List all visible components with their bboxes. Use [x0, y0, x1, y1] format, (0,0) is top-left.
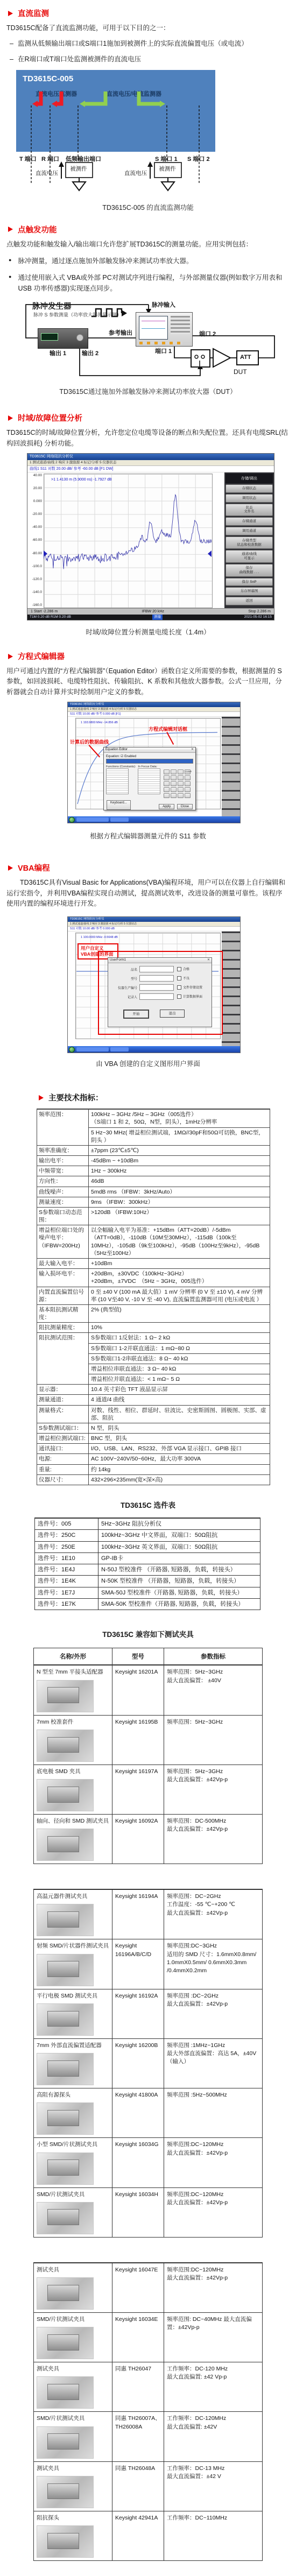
fixture-params: 频率范围:DC~3GHz 适用的 SMD 尺寸：1.6mmX0.8mm/ 1.0…: [164, 1939, 262, 1988]
option-code: 选件号：1E4K: [35, 1576, 98, 1586]
softmenu-button[interactable]: 调用通道: [225, 527, 273, 535]
fixture-model: Keysight 41800A: [112, 2088, 164, 2137]
y-axis-tick: -160.0: [27, 603, 42, 607]
dc-voltage-label: 直流电压: [36, 169, 58, 177]
fixture-name-cell: 测试夹具: [34, 2263, 112, 2312]
y-axis-tick: -100.0: [27, 564, 42, 568]
keypad-key[interactable]: [164, 770, 170, 774]
field-label: 记录人: [114, 994, 137, 999]
header-model: 型号: [112, 1648, 164, 1664]
fixture-photo: [37, 2053, 94, 2085]
pulse-generator-instrument: [38, 328, 88, 349]
vba-caption: 由 VBA 创建的自定义图形用户界面: [0, 1058, 296, 1068]
windows-taskbar: [68, 1046, 240, 1053]
port2-label: 端口 2: [199, 329, 216, 338]
spec-row: 重量: 约 14kg: [37, 1464, 270, 1474]
keyboard-button[interactable]: Keyboard...: [107, 800, 131, 810]
option-row: 选件号：1E7K SMA-50K 型校准件（开路器, 短路器，负载，转接头）: [35, 1598, 260, 1610]
fixture-name-cell: SMD/片状测试夹具: [34, 2188, 112, 2237]
softmenu-button[interactable]: 另存屏幕图: [225, 587, 273, 596]
vba-userform-dialog: UserForm1 ✕ 品名 型号 仪器生产编号 记录人 合格 不良 文件存储设…: [108, 957, 212, 1027]
equation-label: Equation:: [106, 755, 119, 758]
option-desc: N-50J 型校准件 （开路器, 短路器，负载，转接头）: [98, 1564, 260, 1575]
fixture-model: Keysight 16196A/B/C/D: [112, 1939, 164, 1988]
spec-label: 增益相位测试端口:: [37, 1434, 89, 1443]
tdr-intro: TD3615C的时域/故障位置分析，允许您定位电缆等设备的断点和失配位置。还具有…: [6, 428, 288, 449]
equation-keypad: CLEAR: [164, 770, 191, 798]
fixture-row: 测试夹具 同惠 TH26048A 工作频率：DC-13 MHz 最大直流偏置：±…: [34, 2461, 262, 2511]
pulse-trigger-diagram: 脉冲发生器 脉冲 S 参数测量（功率放大器测量示例） 脉冲输入 参考输出 端口 …: [22, 300, 293, 382]
screen-titlebar: TD3615C 网络阻抗分析仪: [68, 702, 240, 707]
fixture-params: 频率范围 :DC~2GHz 最大直流偏置：±42Vp-p: [164, 1989, 262, 2038]
fixture-row: 高温元器件测试夹具 Keysight 16194A 频率范围：DC~2GHz 工…: [34, 1889, 262, 1939]
equation-input[interactable]: [106, 759, 193, 764]
header-name: 名称/外形: [34, 1648, 112, 1664]
keypad-key[interactable]: [164, 781, 170, 786]
screen-titlebar: TD3615C 网络阻抗分析仪: [68, 917, 240, 922]
fixture-photo: [37, 1954, 94, 1986]
spec-label: 基本阻抗测试精度：: [37, 1305, 89, 1322]
output2-label: 输出 2: [82, 349, 98, 357]
checkbox-label: 合格: [183, 966, 189, 971]
softmenu-button[interactable]: 返回: [225, 597, 273, 605]
field-label: 仪器生产编号: [114, 985, 137, 990]
ref-output-label: 参考输出: [109, 328, 132, 337]
port-label-s1: S 端口 1: [155, 154, 178, 163]
spec-row: 测量通道： 4 通道/4 曲线: [37, 1394, 270, 1405]
section-arrow-icon: [8, 227, 13, 232]
checkbox-icon[interactable]: [177, 976, 181, 980]
fixture-name-cell: 射频 SMD/片状器件测试夹具: [34, 1939, 112, 1988]
spec-label: 通讯接口:: [37, 1444, 89, 1453]
trigger-bullet-list: 脉冲测量，通过逐点施加外部触发脉冲来测试功率放大器。通过使用嵌入式 VBA或外部…: [0, 256, 296, 294]
dialog-titlebar: Equation Editor ✕: [104, 747, 195, 753]
spec-label: S参数测试端口：: [37, 1423, 89, 1433]
option-code: 选件号：005: [35, 1519, 98, 1529]
trigger-bullet: 通过使用嵌入式 VBA或外部 PC对测试序列进行编程，与外部测量仪器(例如数字万…: [9, 272, 287, 294]
checkbox-icon[interactable]: [177, 994, 181, 999]
spec-row: 基本阻抗测试精度： 2% (典型值): [37, 1304, 270, 1322]
spec-label: S参数端口动态范围：: [37, 1208, 89, 1225]
option-code: 选件号：250C: [35, 1530, 98, 1541]
fixture-params: 频率范围：5Hz~3GHz 最大直流偏置： ±40V: [164, 1665, 262, 1714]
spec-row: S参数端口动态范围： >120dB （IFBW:10Hz）: [37, 1207, 270, 1225]
fixtures-table-3: 测试夹具 Keysight 16047E 频率范围:DC~120MHz 最大直流…: [33, 2262, 263, 2561]
section-equation-editor: 方程式编辑器: [0, 651, 296, 662]
spec-value: 5mdB rms （IFBW：3kHz/Auto）: [89, 1187, 270, 1197]
spec-row: 增益相位端口处的噪声电平： （IFBW=200Hz) 以全幅输入电平为基准：+1…: [37, 1225, 270, 1258]
spec-row: 输出电平： -45dBm ~ +10dBm: [37, 1155, 270, 1166]
spec-row: 阻抗测量精度： 10%: [37, 1322, 270, 1332]
status-datetime: 2021-05-02 16:15: [244, 615, 272, 620]
section-arrow-icon: [8, 654, 13, 659]
option-code: 选件号：1E7K: [35, 1599, 98, 1610]
checkbox-label: 不良: [183, 976, 189, 980]
option-row: 选件号：250C 100kHz~3GHz 中文界面，双端口：50Ω阻抗: [35, 1529, 260, 1541]
fixture-params: 工作频率：DC-120MHz 最大直流偏置: ±42V: [164, 2412, 262, 2461]
fixture-row: 阻抗探头 Keysight 42941A 工作频率：DC~110MHz: [34, 2511, 262, 2560]
fixture-name-cell: 平行电极 SMD 测试夹具: [34, 1989, 112, 2038]
spec-label: 电源:: [37, 1454, 89, 1464]
fixtures-title: TD3615C 兼容如下测试夹具: [0, 1628, 296, 1639]
spec-row: 曲线噪声： 5mdB rms （IFBW：3kHz/Auto）: [37, 1187, 270, 1197]
spec-row: 测量速度： 9ms （IFBW：300kHz）: [37, 1197, 270, 1207]
fixture-model: Keysight 16047E: [112, 2263, 164, 2312]
specs-table: 频率范围： 100kHz – 3GHz /5Hz – 3GHz（005选件） （…: [37, 1109, 270, 1485]
fixture-model: 同惠 TH26048A: [112, 2462, 164, 2511]
spec-row: 频率准确度： ±7ppm (23℃±5℃): [37, 1145, 270, 1155]
tdr-caption: 时域/故障位置分析测量电缆长度（1.4m）: [0, 627, 296, 637]
spec-value: ±7ppm (23℃±5℃): [89, 1146, 270, 1155]
section-title: 方程式编辑器: [18, 651, 65, 662]
option-desc: GP-IB卡: [98, 1553, 260, 1564]
y-axis-tick: -140.0: [27, 590, 42, 594]
fixture-photo: [37, 2152, 94, 2185]
keypad-key[interactable]: [178, 770, 184, 774]
option-code: 选件号：1E7J: [35, 1587, 98, 1598]
fixture-photo: [37, 2327, 94, 2359]
quit-button[interactable]: 退出: [160, 1010, 185, 1018]
eq-caption: 根据方程式编辑器测量元件的 S11 参数: [0, 831, 296, 841]
spec-label: 重量:: [37, 1465, 89, 1474]
screen-titlebar: TD3615C 网络阻抗分析仪: [27, 454, 274, 460]
spec-label: 中频带宽：: [37, 1166, 89, 1176]
header-params: 参数指标: [164, 1648, 262, 1664]
fixture-name-cell: 底电极 SMD 夹具: [34, 1765, 112, 1814]
y-axis-tick: 40.00: [27, 474, 42, 477]
spec-label: 方向性：: [37, 1176, 89, 1186]
keypad-key[interactable]: [178, 793, 184, 798]
trace-info: S11 对数 10.00 dB/ 参考 0.000 dB [F1]: [68, 712, 240, 717]
dc-diagram-graphics: [16, 70, 237, 198]
fixtures-table-1: 名称/外形 型号 参数指标 N 型至 7mm 平接头适配器 Keysight 1…: [33, 1648, 263, 1864]
screen-menubar[interactable]: 1 测试通道/曲线 2 响应 3 激励源 4 标记/分析 5 仪器状态: [27, 460, 274, 466]
fixture-params: 频率范围：DC-500MHz 最大直流偏置：±42Vp-p: [164, 1815, 262, 1864]
taskbar-item[interactable]: [110, 817, 129, 822]
fixture-params: 频率范围:DC~120MHz 最大直流偏置：±42Vp-p: [164, 2263, 262, 2312]
fixture-photo: [37, 1730, 94, 1762]
checkbox-icon[interactable]: [177, 967, 181, 971]
pulse-input-label: 脉冲输入: [152, 300, 175, 309]
keypad-key[interactable]: [164, 793, 170, 798]
dc-bullet-list: 监测从低频输出端口或S端口1施加到被测件上的实际直流偏置电压（或电流）在R端口或…: [0, 39, 296, 65]
tdr-trace-svg: [44, 474, 212, 607]
annotation-dialog-label: 方程式编辑对话框: [149, 725, 187, 732]
keypad-key[interactable]: [178, 775, 184, 780]
fixture-name-cell: SMD/片状测试夹具: [34, 2313, 112, 2362]
spec-label: 阻抗测量精度：: [37, 1323, 89, 1332]
fixture-row: 测试夹具 同惠 TH26047 工作频率：DC-120 MHz 最大直流偏置: …: [34, 2362, 262, 2411]
option-row: 选件号：1E7J SMA-50J 型校准件（开路器, 短路器，负载，转接头）: [35, 1587, 260, 1598]
spec-label: 显示器：: [37, 1385, 89, 1394]
vba-screenshot: TD3615C 网络阻抗分析仪 1 测试通道/曲线 2 响应 3 激励源 4 标…: [67, 916, 241, 1053]
spec-row: S参数测试端口： N 型，阴头: [37, 1423, 270, 1433]
option-row: 选件号：005 5Hz~3GHz 阻抗分析仪: [35, 1518, 260, 1529]
softmenu-button[interactable]: 存储状态: [225, 484, 273, 493]
y-axis-tick: -20.00: [27, 512, 42, 516]
axis-bar: 1 Start -2.286 m IFBW 20 kHz Stop 2.286 …: [27, 608, 274, 615]
fixture-model: 同惠 TH26047: [112, 2362, 164, 2411]
softmenu-column[interactable]: [222, 931, 240, 1046]
close-button[interactable]: Close: [177, 804, 193, 809]
vba-intro: TD3615C具有Visual Basic for Applications(V…: [6, 878, 288, 909]
section-arrow-icon: [8, 11, 13, 16]
dialog-title: UserForm1: [110, 958, 126, 963]
fixture-params: 频率范围：5Hz~3GHz 最大直流偏置：±42Vp-p: [164, 1765, 262, 1814]
option-code: 选件号：250E: [35, 1542, 98, 1552]
dut-box-label: 被测件: [66, 165, 91, 173]
spec-value: BNC 型，阴头: [89, 1434, 270, 1443]
fixture-row: SMD/片状测试夹具 Keysight 16034E 频率范围: DC~40MH…: [34, 2312, 262, 2362]
y-axis-tick: -80.00: [27, 552, 42, 555]
fixture-row: 7mm 外部直流偏置适配器 Keysight 16200B 频率范围 :1MHz…: [34, 2038, 262, 2088]
spec-label: 测量通道：: [37, 1395, 89, 1405]
keypad-key[interactable]: [185, 781, 191, 786]
option-row: 选件号：1E10 GP-IB卡: [35, 1552, 260, 1564]
dc-diagram-caption: TD3615C-005 的直流监测功能: [0, 202, 296, 212]
dialog-titlebar: UserForm1 ✕: [108, 958, 212, 963]
port-label-lf: 低频输出端口: [66, 154, 101, 163]
fixture-model: Keysight 16192A: [112, 1989, 164, 2038]
keypad-key[interactable]: [171, 787, 177, 792]
keypad-key[interactable]: [178, 781, 184, 786]
fixture-row: 小型 SMD/片状测试夹具 Keysight 16034G 频率范围:DC~12…: [34, 2137, 262, 2187]
y-axis-tick: -120.0: [27, 577, 42, 581]
apply-button[interactable]: Apply: [159, 804, 174, 809]
fixture-row: 射频 SMD/片状器件测试夹具 Keysight 16196A/B/C/D 频率…: [34, 1939, 262, 1988]
fixture-params: 频率范围 :1MHz~1GHz 最大外部直流偏置：高达 5A，±40V（输入）: [164, 2039, 262, 2088]
spec-value: 以全幅输入电平为基准：+15dBm（ATT=20dB）/-5dBm（ATT=0d…: [89, 1225, 270, 1258]
fixture-row: SMD/片状测试夹具 同惠 TH26007A、 TH26008A 工作频率：DC…: [34, 2411, 262, 2461]
keypad-key[interactable]: [171, 793, 177, 798]
fixture-name-cell: SMD/片状测试夹具: [34, 2412, 112, 2461]
section-specs: 主要技术指标：: [0, 1092, 296, 1103]
option-desc: SMA-50J 型校准件（开路器, 短路器，负载，转接头）: [98, 1587, 260, 1598]
section-title: VBA编程: [18, 862, 50, 873]
fixture-row: 高阻有源探头 Keysight 41800A 频率范围 :5Hz~500MHz: [34, 2088, 262, 2137]
keypad-key[interactable]: [185, 787, 191, 792]
spec-value: 46dB: [89, 1176, 270, 1186]
fixture-params: 频率范围: DC~40MHz 最大直流偏置：±42Vp-p: [164, 2313, 262, 2362]
fixture-model: Keysight 16034E: [112, 2313, 164, 2362]
taskbar-item[interactable]: [76, 1047, 109, 1051]
keypad-key[interactable]: [185, 793, 191, 798]
options-table: 选件号：005 5Hz~3GHz 阻抗分析仪 选件号：250C 100kHz~3…: [34, 1518, 260, 1610]
tdr-analyzer-screenshot: TD3615C 网络阻抗分析仪 1 测试通道/曲线 2 响应 3 激励源 4 标…: [27, 453, 274, 620]
spec-value: 10%: [89, 1323, 270, 1332]
spec-value: -45dBm ~ +10dBm: [89, 1156, 270, 1166]
softmenu-button[interactable]: 调用状态: [225, 494, 273, 503]
dc-monitor-diagram: TD3615C-005 直流电压监测器 直流电压/电流监测器: [16, 70, 237, 198]
fixture-model: 同惠 TH26007A、 TH26008A: [112, 2412, 164, 2461]
spec-row: 测量格式： 对数、线性、相位、群延时、驻波比、史密斯圆图、圆极图、实部、虚部、阻…: [37, 1405, 270, 1423]
windows-taskbar: [68, 816, 240, 823]
section-point-trigger: 点触发功能: [0, 224, 296, 235]
fixture-params: 工作频率：DC-13 MHz 最大直流偏置：±42 V: [164, 2462, 262, 2511]
fixture-photo: [37, 2376, 94, 2409]
fixture-model: Keysight 16194A: [112, 1890, 164, 1939]
fixture-model: Keysight 16034H: [112, 2188, 164, 2237]
fixture-params: 频率范围:DC~120MHz 最大直流偏置：±42Vp-p: [164, 2138, 262, 2187]
checkbox-label: 文件存储设置: [183, 985, 202, 990]
fixture-name-cell: 测试夹具: [34, 2362, 112, 2411]
form-field[interactable]: [139, 993, 174, 1000]
fixture-photo: [37, 2202, 94, 2234]
dialog-title: Equation Editor: [105, 747, 128, 752]
spec-value: 432×296×235mm(宽×深×高): [89, 1475, 270, 1485]
spec-row: 最大输入电平： +10dBm: [37, 1258, 270, 1268]
taskbar-item[interactable]: [110, 1047, 129, 1051]
keypad-key[interactable]: [164, 775, 170, 780]
spec-value: 对数、线性、相位、群延时、驻波比、史密斯圆图、圆极图、实部、虚部、阻抗: [89, 1406, 270, 1423]
trigger-bullet: 脉冲测量，通过逐点施加外部触发脉冲来测试功率放大器。: [9, 256, 287, 266]
fixture-params: 工作频率：DC~110MHz: [164, 2511, 262, 2560]
eq-intro: 用户可通过内置的“方程式编辑器”（Equation Editor）函数自定义所需…: [6, 666, 288, 697]
spec-value: 1Hz ~ 300kHz: [89, 1166, 270, 1176]
fixture-model: Keysight 16201A: [112, 1665, 164, 1714]
fixture-model: Keysight 16197A: [112, 1765, 164, 1814]
spec-value: 100kHz – 3GHz /5Hz – 3GHz（005选件） （S端口 1 …: [89, 1110, 270, 1145]
form-field[interactable]: [139, 984, 174, 991]
start-button[interactable]: 开始: [123, 1010, 149, 1019]
field-label: 品名: [114, 967, 137, 972]
fixture-photo: [37, 1904, 94, 1936]
softmenu-button[interactable]: 保存 曲线数据 . . .: [225, 564, 273, 577]
output1-label: 输出 1: [50, 349, 66, 357]
spec-row: 输入损坏电平： +20dBm，±30VDC（100kHz~3GHz） +20dB…: [37, 1268, 270, 1286]
fixture-photo: [37, 2426, 94, 2459]
status-badge: 测量: [152, 615, 163, 620]
keypad-key[interactable]: [164, 787, 170, 792]
screen-menubar[interactable]: 1 测试通道/曲线 2 响应 3 激励源 4 标记/分析 5 仪器状态: [68, 707, 240, 712]
spec-value: S参数端口 1反射法：1 Ω~ 2 kΩS参数端口 1-2并联直通法：1 mΩ~…: [89, 1333, 270, 1384]
spec-row: 阻抗测试范围： S参数端口 1反射法：1 Ω~ 2 kΩS参数端口 1-2并联直…: [37, 1332, 270, 1384]
y-axis-tick: 20.00: [27, 486, 42, 490]
fixture-model: Keysight 16092A: [112, 1815, 164, 1864]
keypad-key[interactable]: [185, 775, 191, 780]
functions-listbox[interactable]: [106, 768, 129, 794]
option-desc: N-50K 型校准件 （开路器，短路器，负载，转接头）: [98, 1576, 260, 1586]
section-vba: VBA编程: [0, 862, 296, 873]
softmenu-title: 存储/调出: [225, 474, 273, 483]
spec-value: I/O、USB、LAN、RS232、外部 VGA 显示接口、GPIB 接口: [89, 1444, 270, 1453]
fixture-name-cell: 7mm 外部直流偏置适配器: [34, 2039, 112, 2088]
dut-label: DUT: [234, 368, 247, 376]
trace-info: S11 对数 10.00 dB/ 参考 0.000 dB: [68, 927, 240, 931]
checkbox-label: 计算数据界面: [183, 994, 202, 999]
softmenu-button[interactable]: 状态 文件名: [225, 504, 273, 517]
fixture-params: 频率范围:DC~120MHz 最大直流偏置：±42Vp-p: [164, 2188, 262, 2237]
section-title: 时域/故障位置分析: [18, 412, 82, 424]
option-desc: 5Hz~3GHz 阻抗分析仪: [98, 1519, 260, 1529]
softmenu-button[interactable]: 存储类型 状态和校准数据: [225, 537, 273, 549]
form-field[interactable]: [139, 966, 174, 972]
keypad-key[interactable]: [171, 781, 177, 786]
fixture-row: 轴向、径向和 SMD 测试夹具 Keysight 16092A 频率范围：DC-…: [34, 1814, 262, 1864]
data-listbox[interactable]: [138, 768, 160, 794]
y-axis-tick: 0.000: [27, 499, 42, 503]
spec-value: 4 通道/4 曲线: [89, 1395, 270, 1405]
fixture-row: 平行电极 SMD 测试夹具 Keysight 16192A 频率范围 :DC~2…: [34, 1989, 262, 2038]
checkbox-icon[interactable]: [177, 985, 181, 990]
dc-intro: TD3615C配备了直流监测功能，可用于以下目的之一：: [6, 23, 288, 33]
close-icon[interactable]: ✕: [191, 747, 194, 752]
fixture-model: Keysight 16200B: [112, 2039, 164, 2088]
clear-key[interactable]: CLEAR: [185, 770, 191, 774]
options-table-title: TD3615C 选件表: [0, 1499, 296, 1510]
spec-value: 2% (典型值): [89, 1305, 270, 1322]
start-value: 1 Start -2.286 m: [31, 609, 58, 615]
section-title: 点触发功能: [18, 224, 57, 235]
data-list-label: In Focus Data:: [138, 765, 160, 768]
port-label-s2: S 端口 2: [187, 154, 210, 163]
softmenu-button[interactable]: 存储通道: [225, 517, 273, 526]
fixture-photo: [37, 2003, 94, 2036]
softmenu-button[interactable]: 保存 SnP: [225, 578, 273, 587]
screen-menubar[interactable]: 1 测试通道/曲线 2 响应 3 激励源 4 标记/分析 5 仪器状态: [68, 922, 240, 927]
dc-voltage-label: 直流电压: [124, 169, 147, 177]
fixture-row: 底电极 SMD 夹具 Keysight 16197A 频率范围：5Hz~3GHz…: [34, 1765, 262, 1814]
form-field[interactable]: [139, 975, 174, 982]
fixture-name-cell: 7mm 校准套件: [34, 1716, 112, 1765]
spec-label: 频率准确度：: [37, 1146, 89, 1155]
close-icon[interactable]: ✕: [207, 958, 210, 963]
y-axis-tick: -40.00: [27, 525, 42, 529]
softmenu-column[interactable]: [222, 717, 240, 816]
option-code: 选件号：1E4J: [35, 1564, 98, 1575]
start-orb-icon[interactable]: [69, 1047, 75, 1053]
equation-row: Equation: ☑ Enabled: [106, 754, 193, 758]
fixture-name-cell: 测试夹具: [34, 2462, 112, 2511]
spec-label: 输入损坏电平：: [37, 1269, 89, 1286]
spec-row: 仪器尺寸: 432×296×235mm(宽×深×高): [37, 1474, 270, 1485]
fixtures-table-2: 高温元器件测试夹具 Keysight 16194A 频率范围：DC~2GHz 工…: [33, 1889, 263, 2238]
spec-label: 曲线噪声：: [37, 1187, 89, 1197]
section-arrow-icon: [8, 865, 13, 871]
spec-row: 通讯接口: I/O、USB、LAN、RS232、外部 VGA 显示接口、GPIB…: [37, 1443, 270, 1453]
equation-editor-dialog: Equation Editor ✕ Equation: ☑ Enabled Fu…: [103, 747, 196, 810]
fixture-params: 频率范围 :5Hz~500MHz: [164, 2088, 262, 2137]
fixture-row: 测试夹具 Keysight 16047E 频率范围:DC~120MHz 最大直流…: [34, 2263, 262, 2312]
start-orb-icon[interactable]: [69, 817, 75, 823]
fixtures-header: 名称/外形 型号 参数指标: [34, 1648, 262, 1665]
fixture-photo: [37, 2102, 94, 2135]
spec-value: 10.4 英寸彩色 TFT 液晶显示屏: [89, 1385, 270, 1394]
field-label: 型号: [114, 976, 137, 981]
keypad-key[interactable]: [178, 787, 184, 792]
spec-value: +10dBm: [89, 1259, 270, 1268]
keypad-key[interactable]: [171, 775, 177, 780]
fixture-name-cell: N 型至 7mm 平接头适配器: [34, 1665, 112, 1714]
dut-box-label: 被测件: [154, 165, 180, 173]
spec-label: 测量速度：: [37, 1197, 89, 1207]
port-label-t: T 端口: [19, 154, 37, 163]
keypad-key[interactable]: [171, 770, 177, 774]
spec-row: 显示器： 10.4 英寸彩色 TFT 液晶显示屏: [37, 1384, 270, 1394]
softmenu-buttons: 存储状态调用状态状态 文件名存储通道调用通道存储类型 状态和校准数据通道/曲线 …: [225, 484, 273, 605]
spec-row: 频率范围： 100kHz – 3GHz /5Hz – 3GHz（005选件） （…: [37, 1109, 270, 1145]
att-label: ATT: [240, 354, 251, 361]
status-bar: T1M 0.20 dB R1M 0.20 dB 测量 2021-05-02 16…: [27, 615, 274, 620]
section-dc-monitor: 直流监测: [0, 8, 296, 19]
fixture-params: 频率范围：5Hz~3GHz: [164, 1716, 262, 1765]
taskbar-item[interactable]: [76, 817, 109, 822]
trigger-intro: 点触发功能和触发输入/输出端口允许您扩展TD3615C的测量功能。应用实例包括：: [6, 239, 288, 250]
spec-value: 9ms （IFBW：300kHz）: [89, 1197, 270, 1207]
softmenu-button[interactable]: 通道/曲线 可显示: [225, 550, 273, 563]
network-analyzer-instrument: [136, 312, 193, 347]
enabled-checkbox-label[interactable]: Enabled: [124, 755, 136, 758]
